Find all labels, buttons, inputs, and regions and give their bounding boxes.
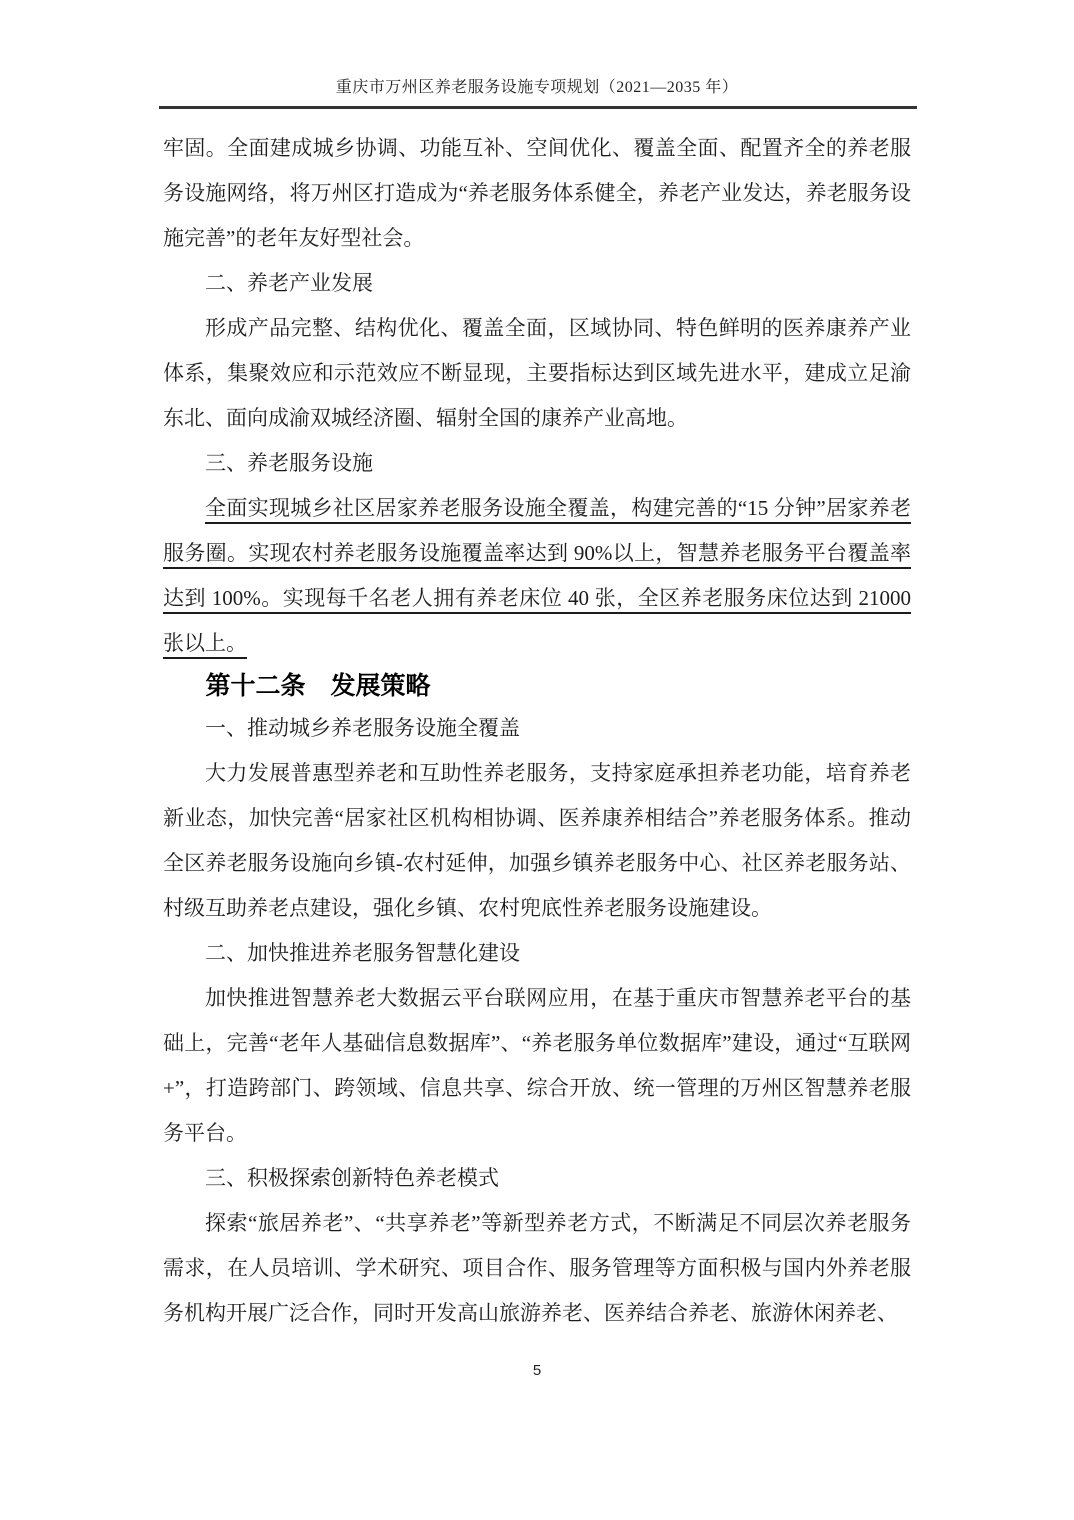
paragraph-urban-rural-coverage: 大力发展普惠型养老和互助性养老服务，支持家庭承担养老功能，培育养老新业态，加快完… bbox=[163, 751, 911, 931]
document-body: 牢固。全面建成城乡协调、功能互补、空间优化、覆盖全面、配置齐全的养老服务设施网络… bbox=[163, 126, 911, 1336]
subheading-service-facilities: 三、养老服务设施 bbox=[163, 441, 911, 486]
paragraph-elderly-industry: 形成产品完整、结构优化、覆盖全面，区域协同、特色鲜明的医养康养产业体系，集聚效应… bbox=[163, 306, 911, 441]
subheading-innovative-models: 三、积极探索创新特色养老模式 bbox=[163, 1156, 911, 1201]
article-heading-development-strategy: 第十二条 发展策略 bbox=[163, 666, 911, 706]
paragraph-smart-elderly-care: 加快推进智慧养老大数据云平台联网应用，在基于重庆市智慧养老平台的基础上，完善“老… bbox=[163, 976, 911, 1156]
document-title: 重庆市万州区养老服务设施专项规划（2021—2035 年） bbox=[336, 79, 739, 96]
page-header: 重庆市万州区养老服务设施专项规划（2021—2035 年） bbox=[0, 74, 1074, 97]
header-divider bbox=[159, 106, 917, 109]
page-number: 5 bbox=[533, 1362, 541, 1379]
subheading-smart-elderly-care: 二、加快推进养老服务智慧化建设 bbox=[163, 931, 911, 976]
paragraph-facility-targets: 全面实现城乡社区居家养老服务设施全覆盖，构建完善的“15 分钟”居家养老服务圈。… bbox=[163, 486, 911, 666]
document-page: 重庆市万州区养老服务设施专项规划（2021—2035 年） 牢固。全面建成城乡协… bbox=[0, 0, 1074, 1520]
page-footer: 5 bbox=[0, 1362, 1074, 1379]
paragraph-innovative-models: 探索“旅居养老”、“共享养老”等新型养老方式，不断满足不同层次养老服务需求，在人… bbox=[163, 1201, 911, 1336]
subheading-urban-rural-coverage: 一、推动城乡养老服务设施全覆盖 bbox=[163, 706, 911, 751]
subheading-elderly-industry: 二、养老产业发展 bbox=[163, 261, 911, 306]
paragraph-continuation: 牢固。全面建成城乡协调、功能互补、空间优化、覆盖全面、配置齐全的养老服务设施网络… bbox=[163, 126, 911, 261]
